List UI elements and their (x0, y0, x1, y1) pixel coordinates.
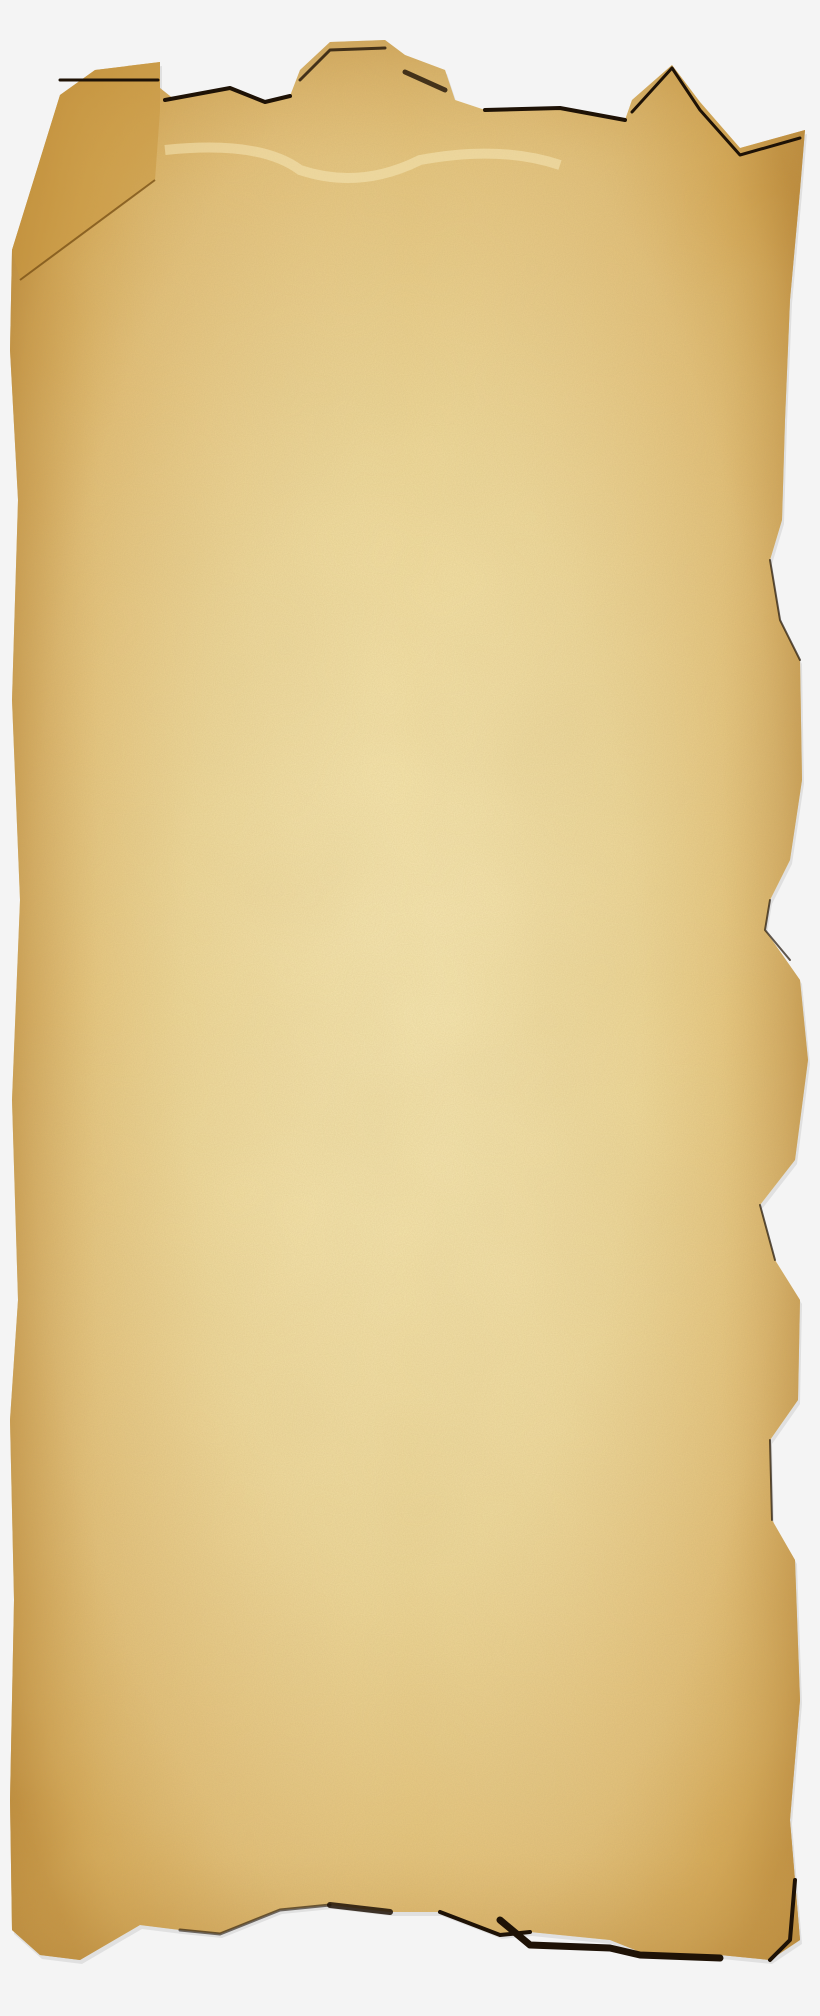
parchment-paper (0, 0, 820, 2016)
parchment-illustration (0, 0, 820, 2016)
image-canvas (0, 0, 820, 2016)
